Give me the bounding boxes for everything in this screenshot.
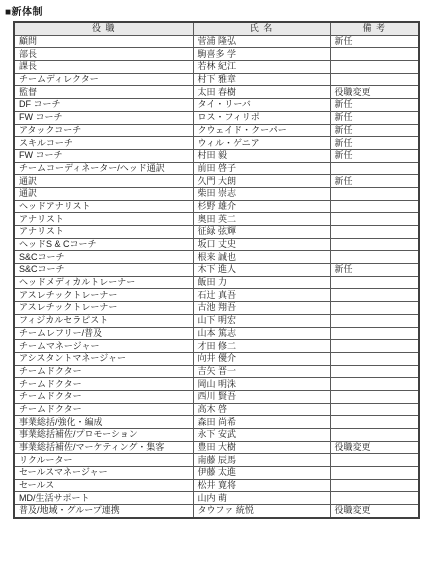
table-row: アナリスト征緑 弦輝 bbox=[14, 226, 419, 239]
col-header-note: 備 考 bbox=[330, 22, 419, 35]
table-row: チームコーディネーター/ヘッド通訳前田 啓子 bbox=[14, 162, 419, 175]
note-cell bbox=[330, 276, 419, 289]
position-cell: 事業総括補佐/プロモーション bbox=[14, 429, 193, 442]
position-cell: リクルーター bbox=[14, 454, 193, 467]
note-cell bbox=[330, 314, 419, 327]
name-cell: タウファ 統悦 bbox=[193, 505, 330, 518]
table-row: チームドクター岡山 明洙 bbox=[14, 378, 419, 391]
name-cell: 才田 修二 bbox=[193, 340, 330, 353]
table-row: S&Cコーチ木下 進人新任 bbox=[14, 264, 419, 277]
table-row: チームドクター吉矢 晋一 bbox=[14, 365, 419, 378]
note-cell: 新任 bbox=[330, 99, 419, 112]
name-cell: 久門 大朗 bbox=[193, 175, 330, 188]
note-cell bbox=[330, 73, 419, 86]
note-cell bbox=[330, 416, 419, 429]
position-cell: S&Cコーチ bbox=[14, 264, 193, 277]
note-cell bbox=[330, 48, 419, 61]
table-row: 監督太田 春樹役職変更 bbox=[14, 86, 419, 99]
name-cell: 根来 誠也 bbox=[193, 251, 330, 264]
name-cell: 村下 雅章 bbox=[193, 73, 330, 86]
position-cell: チームドクター bbox=[14, 390, 193, 403]
position-cell: ヘッドS & Cコーチ bbox=[14, 238, 193, 251]
position-cell: セールスマネージャー bbox=[14, 467, 193, 480]
note-cell: 新任 bbox=[330, 149, 419, 162]
note-cell bbox=[330, 187, 419, 200]
table-row: 普及/地域・グループ連携タウファ 統悦役職変更 bbox=[14, 505, 419, 518]
name-cell: 山下 明宏 bbox=[193, 314, 330, 327]
name-cell: 高木 啓 bbox=[193, 403, 330, 416]
name-cell: 征緑 弦輝 bbox=[193, 226, 330, 239]
name-cell: 前田 啓子 bbox=[193, 162, 330, 175]
position-cell: 事業総括/強化・編成 bbox=[14, 416, 193, 429]
position-cell: DF コーチ bbox=[14, 99, 193, 112]
table-row: 通訳久門 大朗新任 bbox=[14, 175, 419, 188]
name-cell: 豊田 大樹 bbox=[193, 441, 330, 454]
table-row: ヘッドアナリスト杉野 雄介 bbox=[14, 200, 419, 213]
name-cell: 柴田 崇志 bbox=[193, 187, 330, 200]
table-row: 事業総括補佐/プロモーション永下 安武 bbox=[14, 429, 419, 442]
position-cell: アスレチックトレーナー bbox=[14, 289, 193, 302]
note-cell bbox=[330, 365, 419, 378]
staff-table: 役 職 氏 名 備 考 顧問菅浦 隆弘新任部長駒喜多 学課長若林 紀江チームディ… bbox=[13, 21, 420, 519]
note-cell: 新任 bbox=[330, 35, 419, 48]
position-cell: 通訳 bbox=[14, 175, 193, 188]
note-cell bbox=[330, 479, 419, 492]
name-cell: ロス・フィリポ bbox=[193, 111, 330, 124]
table-row: チームドクター高木 啓 bbox=[14, 403, 419, 416]
table-row: ヘッドS & Cコーチ坂口 丈史 bbox=[14, 238, 419, 251]
name-cell: 岡山 明洙 bbox=[193, 378, 330, 391]
position-cell: チームレフリー/普及 bbox=[14, 327, 193, 340]
table-row: リクルーター南藤 辰馬 bbox=[14, 454, 419, 467]
table-row: DF コーチタイ・リーバ新任 bbox=[14, 99, 419, 112]
name-cell: 若林 紀江 bbox=[193, 61, 330, 74]
position-cell: ヘッドアナリスト bbox=[14, 200, 193, 213]
note-cell bbox=[330, 352, 419, 365]
table-row: アナリスト奥田 英二 bbox=[14, 213, 419, 226]
table-row: セールス松井 寛将 bbox=[14, 479, 419, 492]
note-cell: 役職変更 bbox=[330, 86, 419, 99]
note-cell bbox=[330, 390, 419, 403]
name-cell: 奥田 英二 bbox=[193, 213, 330, 226]
table-row: フィジカルセラピスト山下 明宏 bbox=[14, 314, 419, 327]
name-cell: 南藤 辰馬 bbox=[193, 454, 330, 467]
name-cell: ウィル・ゲニア bbox=[193, 137, 330, 150]
name-cell: 永下 安武 bbox=[193, 429, 330, 442]
note-cell bbox=[330, 61, 419, 74]
note-cell bbox=[330, 213, 419, 226]
section-title: ■新体制 bbox=[5, 3, 424, 18]
note-cell bbox=[330, 429, 419, 442]
position-cell: 顧問 bbox=[14, 35, 193, 48]
name-cell: 太田 春樹 bbox=[193, 86, 330, 99]
note-cell: 新任 bbox=[330, 137, 419, 150]
name-cell: 山本 篤志 bbox=[193, 327, 330, 340]
table-row: チームマネージャー才田 修二 bbox=[14, 340, 419, 353]
note-cell bbox=[330, 238, 419, 251]
position-cell: アタックコーチ bbox=[14, 124, 193, 137]
position-cell: 通訳 bbox=[14, 187, 193, 200]
name-cell: 石辻 真吾 bbox=[193, 289, 330, 302]
position-cell: アナリスト bbox=[14, 213, 193, 226]
position-cell: FW コーチ bbox=[14, 111, 193, 124]
name-cell: 向井 優介 bbox=[193, 352, 330, 365]
position-cell: チームマネージャー bbox=[14, 340, 193, 353]
note-cell bbox=[330, 289, 419, 302]
table-row: チームドクター西川 賢吾 bbox=[14, 390, 419, 403]
table-row: 事業総括補佐/マーケティング・集客豊田 大樹役職変更 bbox=[14, 441, 419, 454]
table-row: FW コーチ村田 毅新任 bbox=[14, 149, 419, 162]
position-cell: チームディレクター bbox=[14, 73, 193, 86]
position-cell: 普及/地域・グループ連携 bbox=[14, 505, 193, 518]
table-row: セールスマネージャー伊藤 太進 bbox=[14, 467, 419, 480]
table-row: 部長駒喜多 学 bbox=[14, 48, 419, 61]
table-row: MD/生活サポート山内 萌 bbox=[14, 492, 419, 505]
table-row: ヘッドメディカルトレーナー飯田 力 bbox=[14, 276, 419, 289]
position-cell: アナリスト bbox=[14, 226, 193, 239]
table-row: アスレチックトレーナー古池 翔吾 bbox=[14, 302, 419, 315]
note-cell bbox=[330, 454, 419, 467]
table-row: FW コーチロス・フィリポ新任 bbox=[14, 111, 419, 124]
name-cell: 坂口 丈史 bbox=[193, 238, 330, 251]
table-row: 通訳柴田 崇志 bbox=[14, 187, 419, 200]
name-cell: クウェイド・クーパー bbox=[193, 124, 330, 137]
position-cell: アスレチックトレーナー bbox=[14, 302, 193, 315]
note-cell: 新任 bbox=[330, 264, 419, 277]
col-header-position: 役 職 bbox=[14, 22, 193, 35]
note-cell: 新任 bbox=[330, 111, 419, 124]
name-cell: 吉矢 晋一 bbox=[193, 365, 330, 378]
table-row: スキルコーチウィル・ゲニア新任 bbox=[14, 137, 419, 150]
position-cell: FW コーチ bbox=[14, 149, 193, 162]
table-row: チームレフリー/普及山本 篤志 bbox=[14, 327, 419, 340]
position-cell: 部長 bbox=[14, 48, 193, 61]
position-cell: チームドクター bbox=[14, 403, 193, 416]
note-cell: 役職変更 bbox=[330, 441, 419, 454]
name-cell: 森田 尚希 bbox=[193, 416, 330, 429]
table-row: チームディレクター村下 雅章 bbox=[14, 73, 419, 86]
name-cell: 松井 寛将 bbox=[193, 479, 330, 492]
note-cell bbox=[330, 302, 419, 315]
col-header-name: 氏 名 bbox=[193, 22, 330, 35]
name-cell: 西川 賢吾 bbox=[193, 390, 330, 403]
note-cell bbox=[330, 467, 419, 480]
table-body: 顧問菅浦 隆弘新任部長駒喜多 学課長若林 紀江チームディレクター村下 雅章監督太… bbox=[14, 35, 419, 518]
table-row: 課長若林 紀江 bbox=[14, 61, 419, 74]
note-cell bbox=[330, 200, 419, 213]
note-cell: 新任 bbox=[330, 124, 419, 137]
name-cell: 村田 毅 bbox=[193, 149, 330, 162]
position-cell: 事業総括補佐/マーケティング・集客 bbox=[14, 441, 193, 454]
page: ■新体制 役 職 氏 名 備 考 顧問菅浦 隆弘新任部長駒喜多 学課長若林 紀江… bbox=[0, 0, 424, 562]
position-cell: MD/生活サポート bbox=[14, 492, 193, 505]
position-cell: 課長 bbox=[14, 61, 193, 74]
note-cell bbox=[330, 226, 419, 239]
position-cell: フィジカルセラピスト bbox=[14, 314, 193, 327]
position-cell: セールス bbox=[14, 479, 193, 492]
note-cell bbox=[330, 162, 419, 175]
note-cell bbox=[330, 378, 419, 391]
note-cell bbox=[330, 327, 419, 340]
position-cell: スキルコーチ bbox=[14, 137, 193, 150]
position-cell: チームコーディネーター/ヘッド通訳 bbox=[14, 162, 193, 175]
name-cell: 駒喜多 学 bbox=[193, 48, 330, 61]
table-row: アシスタントマネージャー向井 優介 bbox=[14, 352, 419, 365]
note-cell: 役職変更 bbox=[330, 505, 419, 518]
note-cell bbox=[330, 340, 419, 353]
name-cell: 山内 萌 bbox=[193, 492, 330, 505]
note-cell bbox=[330, 403, 419, 416]
name-cell: 杉野 雄介 bbox=[193, 200, 330, 213]
table-row: 事業総括/強化・編成森田 尚希 bbox=[14, 416, 419, 429]
note-cell bbox=[330, 492, 419, 505]
note-cell: 新任 bbox=[330, 175, 419, 188]
table-row: アタックコーチクウェイド・クーパー新任 bbox=[14, 124, 419, 137]
name-cell: 菅浦 隆弘 bbox=[193, 35, 330, 48]
name-cell: 伊藤 太進 bbox=[193, 467, 330, 480]
position-cell: チームドクター bbox=[14, 365, 193, 378]
table-row: 顧問菅浦 隆弘新任 bbox=[14, 35, 419, 48]
table-row: アスレチックトレーナー石辻 真吾 bbox=[14, 289, 419, 302]
name-cell: 飯田 力 bbox=[193, 276, 330, 289]
note-cell bbox=[330, 251, 419, 264]
position-cell: 監督 bbox=[14, 86, 193, 99]
position-cell: S&Cコーチ bbox=[14, 251, 193, 264]
header-row: 役 職 氏 名 備 考 bbox=[14, 22, 419, 35]
name-cell: タイ・リーバ bbox=[193, 99, 330, 112]
name-cell: 古池 翔吾 bbox=[193, 302, 330, 315]
position-cell: チームドクター bbox=[14, 378, 193, 391]
table-row: S&Cコーチ根来 誠也 bbox=[14, 251, 419, 264]
position-cell: ヘッドメディカルトレーナー bbox=[14, 276, 193, 289]
table-header: 役 職 氏 名 備 考 bbox=[14, 22, 419, 35]
name-cell: 木下 進人 bbox=[193, 264, 330, 277]
position-cell: アシスタントマネージャー bbox=[14, 352, 193, 365]
